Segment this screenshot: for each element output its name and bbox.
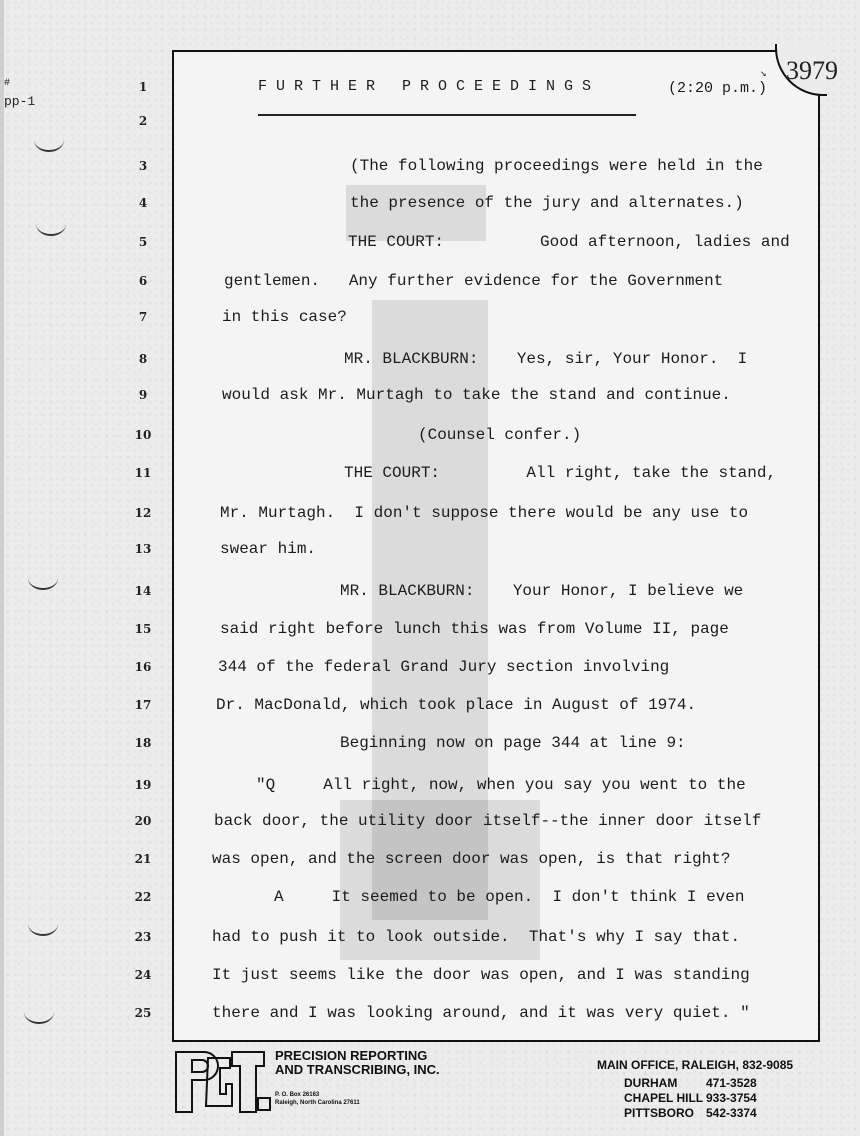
binder-hole-1 — [34, 128, 64, 152]
transcript-line: gentlemen. Any further evidence for the … — [224, 272, 723, 290]
line-number: 15 — [128, 622, 158, 636]
line-number: 7 — [128, 310, 158, 324]
transcript-line: 344 of the federal Grand Jury section in… — [218, 658, 669, 676]
line-number: 2 — [128, 114, 158, 128]
transcript-line: (The following proceedings were held in … — [350, 157, 763, 175]
company-logo-icon — [172, 1048, 272, 1116]
margin-note: pp-1 — [4, 94, 35, 109]
line-number: 22 — [128, 890, 158, 904]
transcript-line: would ask Mr. Murtagh to take the stand … — [222, 386, 731, 404]
binder-hole-3 — [28, 566, 58, 590]
heading-underline — [258, 114, 636, 116]
transcript-line: THE COURT: Good afternoon, ladies and — [348, 233, 790, 251]
page-number: 3979 — [786, 56, 838, 86]
office-city: CHAPEL HILL — [624, 1091, 703, 1105]
office-phone: 471-3528 — [706, 1076, 757, 1090]
transcript-line: swear him. — [220, 540, 316, 558]
office-city: DURHAM — [624, 1076, 677, 1090]
line-number: 8 — [128, 352, 158, 366]
line-number: 21 — [128, 852, 158, 866]
transcript-line: in this case? — [222, 308, 347, 326]
transcript-line: MR. BLACKBURN: Your Honor, I believe we — [340, 582, 743, 600]
margin-mark: # — [4, 78, 10, 89]
company-name-1: PRECISION REPORTING — [275, 1048, 427, 1063]
transcript-line: said right before lunch this was from Vo… — [220, 620, 729, 638]
transcript-line: Mr. Murtagh. I don't suppose there would… — [220, 504, 748, 522]
transcript-line: "Q All right, now, when you say you went… — [256, 776, 746, 794]
line-number: 17 — [128, 698, 158, 712]
transcript-line: had to push it to look outside. That's w… — [212, 928, 740, 946]
transcript-line: MR. BLACKBURN: Yes, sir, Your Honor. I — [344, 350, 747, 368]
page-check-mark: ↘ — [760, 66, 767, 80]
line-number: 11 — [128, 466, 158, 480]
line-number: 16 — [128, 660, 158, 674]
binder-hole-2 — [36, 212, 66, 236]
line-number: 14 — [128, 584, 158, 598]
line-number: 25 — [128, 1006, 158, 1020]
line-number: 5 — [128, 235, 158, 249]
transcript-line: Beginning now on page 344 at line 9: — [340, 734, 686, 752]
office-city: PITTSBORO — [624, 1106, 694, 1120]
heading-time: (2:20 p.m.) — [668, 80, 767, 97]
section-heading: FURTHER PROCEEDINGS — [258, 78, 600, 95]
binder-hole-4 — [28, 912, 58, 936]
line-number: 10 — [128, 428, 158, 442]
line-number: 1 — [128, 80, 158, 94]
company-name-2: AND TRANSCRIBING, INC. — [275, 1062, 440, 1077]
line-number: 3 — [128, 159, 158, 173]
office-phone: 542-3374 — [706, 1106, 757, 1120]
office-phone: 933-3754 — [706, 1091, 757, 1105]
line-number: 18 — [128, 736, 158, 750]
transcript-line: It just seems like the door was open, an… — [212, 966, 750, 984]
line-number: 6 — [128, 274, 158, 288]
line-number: 19 — [128, 778, 158, 792]
transcript-line: Dr. MacDonald, which took place in Augus… — [216, 696, 696, 714]
line-number: 13 — [128, 542, 158, 556]
line-number: 20 — [128, 814, 158, 828]
transcript-line: THE COURT: All right, take the stand, — [344, 464, 776, 482]
line-number: 9 — [128, 388, 158, 402]
address-line-1: P. O. Box 26163 — [275, 1092, 319, 1098]
binder-hole-5 — [24, 1000, 54, 1024]
page-left-edge — [0, 0, 4, 1136]
transcript-line: back door, the utility door itself--the … — [214, 812, 761, 830]
line-number: 24 — [128, 968, 158, 982]
transcript-line: the presence of the jury and alternates.… — [350, 194, 744, 212]
transcript-line: (Counsel confer.) — [418, 426, 581, 444]
line-number: 4 — [128, 196, 158, 210]
address-line-2: Raleigh, North Carolina 27611 — [275, 1100, 360, 1106]
transcript-line: A It seemed to be open. I don't think I … — [274, 888, 744, 906]
line-number: 23 — [128, 930, 158, 944]
line-number: 12 — [128, 506, 158, 520]
transcript-line: was open, and the screen door was open, … — [212, 850, 730, 868]
main-office: MAIN OFFICE, RALEIGH, 832-9085 — [597, 1058, 793, 1072]
transcript-line: there and I was looking around, and it w… — [212, 1004, 750, 1022]
